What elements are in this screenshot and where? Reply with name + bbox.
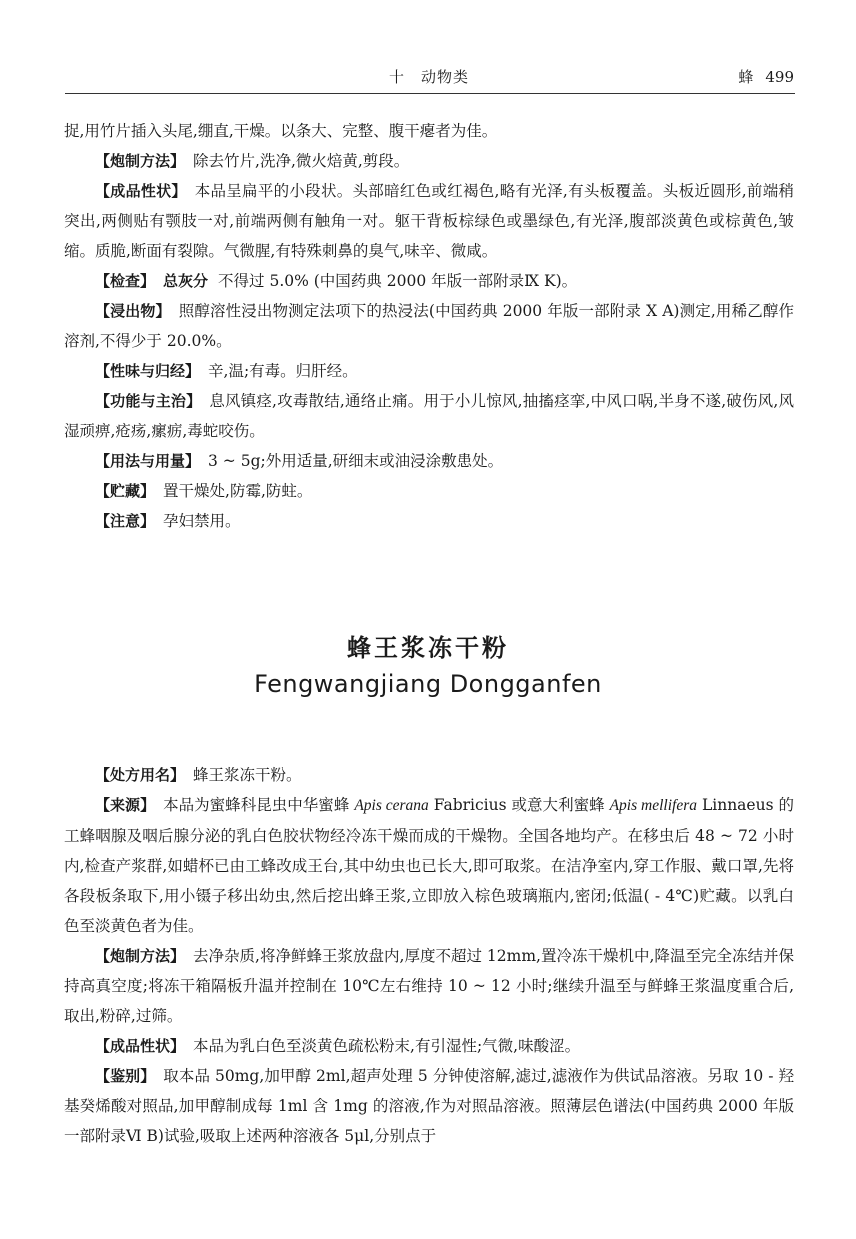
section-label: 【炮制方法】 <box>95 152 185 170</box>
section-prescription-name: 【处方用名】蜂王浆冻干粉。 <box>64 760 794 790</box>
entry-title-pinyin: Fengwangjiang Dongganfen <box>0 670 856 698</box>
section-label: 【用法与用量】 <box>95 452 200 470</box>
section-label: 【成品性状】 <box>95 1037 185 1055</box>
book-page: 十 动物类 蜂499 捉,用竹片插入头尾,绷直,干燥。以条大、完整、腹干瘪者为佳… <box>0 0 856 1239</box>
section-label: 【功能与主治】 <box>95 392 201 410</box>
section-processing-method: 【炮制方法】除去竹片,洗净,微火焙黄,剪段。 <box>64 146 794 176</box>
section-label: 【炮制方法】 <box>95 947 185 965</box>
section-text: 不得过 5.0% (中国药典 2000 年版一部附录Ⅸ K)。 <box>218 272 577 290</box>
section-label: 【注意】 <box>95 512 155 530</box>
section-functions-indications: 【功能与主治】息风镇痉,攻毒散结,通络止痛。用于小儿惊风,抽搐痉挛,中风口㖞,半… <box>64 386 794 446</box>
section-text: 3 ~ 5g;外用适量,研细末或油浸涂敷患处。 <box>208 452 503 470</box>
section-text: 照醇溶性浸出物测定法项下的热浸法(中国药典 2000 年版一部附录 X A)测定… <box>64 302 794 350</box>
entry-body: 【处方用名】蜂王浆冻干粉。 【来源】本品为蜜蜂科昆虫中华蜜蜂 Apis cera… <box>64 760 794 1151</box>
section-text: 辛,温;有毒。归肝经。 <box>208 362 358 380</box>
latin-species-name: Apis cerana <box>354 797 429 814</box>
section-sublabel: 总灰分 <box>163 272 208 290</box>
section-text: 除去竹片,洗净,微火焙黄,剪段。 <box>193 152 409 170</box>
section-label: 【性味与归经】 <box>95 362 200 380</box>
section-text-before: 本品为蜜蜂科昆虫中华蜜蜂 <box>163 796 354 814</box>
section-text-mid: Fabricius 或意大利蜜蜂 <box>429 796 610 814</box>
section-label: 【浸出物】 <box>95 302 171 320</box>
section-text: 置干燥处,防霉,防蛀。 <box>163 482 312 500</box>
section-text: 取本品 50mg,加甲醇 2ml,超声处理 5 分钟使溶解,滤过,滤液作为供试品… <box>64 1067 794 1145</box>
section-caution: 【注意】孕妇禁用。 <box>64 506 794 536</box>
section-product-description: 【成品性状】本品呈扁平的小段状。头部暗红色或红褐色,略有光泽,有头板覆盖。头板近… <box>64 176 794 266</box>
section-extract: 【浸出物】照醇溶性浸出物测定法项下的热浸法(中国药典 2000 年版一部附录 X… <box>64 296 794 356</box>
section-label: 【鉴别】 <box>95 1067 155 1085</box>
previous-entry-body: 捉,用竹片插入头尾,绷直,干燥。以条大、完整、腹干瘪者为佳。 【炮制方法】除去竹… <box>64 116 794 536</box>
running-head-entry: 蜂 <box>738 68 753 86</box>
latin-species-name: Apis mellifera <box>610 797 697 814</box>
section-label: 【处方用名】 <box>95 766 185 784</box>
section-inspection: 【检查】总灰分不得过 5.0% (中国药典 2000 年版一部附录Ⅸ K)。 <box>64 266 794 296</box>
section-product-description: 【成品性状】本品为乳白色至淡黄色疏松粉末,有引湿性;气微,味酸涩。 <box>64 1031 794 1061</box>
running-head-right: 蜂499 <box>738 66 794 87</box>
section-label: 【成品性状】 <box>95 182 187 200</box>
section-storage: 【贮藏】置干燥处,防霉,防蛀。 <box>64 476 794 506</box>
section-label: 【检查】 <box>95 272 155 290</box>
continuation-paragraph: 捉,用竹片插入头尾,绷直,干燥。以条大、完整、腹干瘪者为佳。 <box>64 116 794 146</box>
section-usage-dosage: 【用法与用量】3 ~ 5g;外用适量,研细末或油浸涂敷患处。 <box>64 446 794 476</box>
section-label: 【来源】 <box>95 796 155 814</box>
section-text: 蜂王浆冻干粉。 <box>193 766 302 784</box>
section-text: 孕妇禁用。 <box>163 512 241 530</box>
section-text: 本品为乳白色至淡黄色疏松粉末,有引湿性;气微,味酸涩。 <box>193 1037 580 1055</box>
section-label: 【贮藏】 <box>95 482 155 500</box>
section-source: 【来源】本品为蜜蜂科昆虫中华蜜蜂 Apis cerana Fabricius 或… <box>64 790 794 941</box>
section-nature-meridian: 【性味与归经】辛,温;有毒。归肝经。 <box>64 356 794 386</box>
section-identification: 【鉴别】取本品 50mg,加甲醇 2ml,超声处理 5 分钟使溶解,滤过,滤液作… <box>64 1061 794 1151</box>
header-rule <box>65 93 795 94</box>
running-head-section: 十 动物类 <box>64 66 794 87</box>
running-head: 十 动物类 蜂499 <box>64 66 794 90</box>
section-text-after: Linnaeus 的工蜂咽腺及咽后腺分泌的乳白色胶状物经冷冻干燥而成的干燥物。全… <box>64 796 794 935</box>
section-processing-method: 【炮制方法】去净杂质,将净鲜蜂王浆放盘内,厚度不超过 12mm,置冷冻干燥机中,… <box>64 941 794 1031</box>
entry-title-chinese: 蜂王浆冻干粉 <box>0 628 856 663</box>
page-number: 499 <box>765 68 794 86</box>
